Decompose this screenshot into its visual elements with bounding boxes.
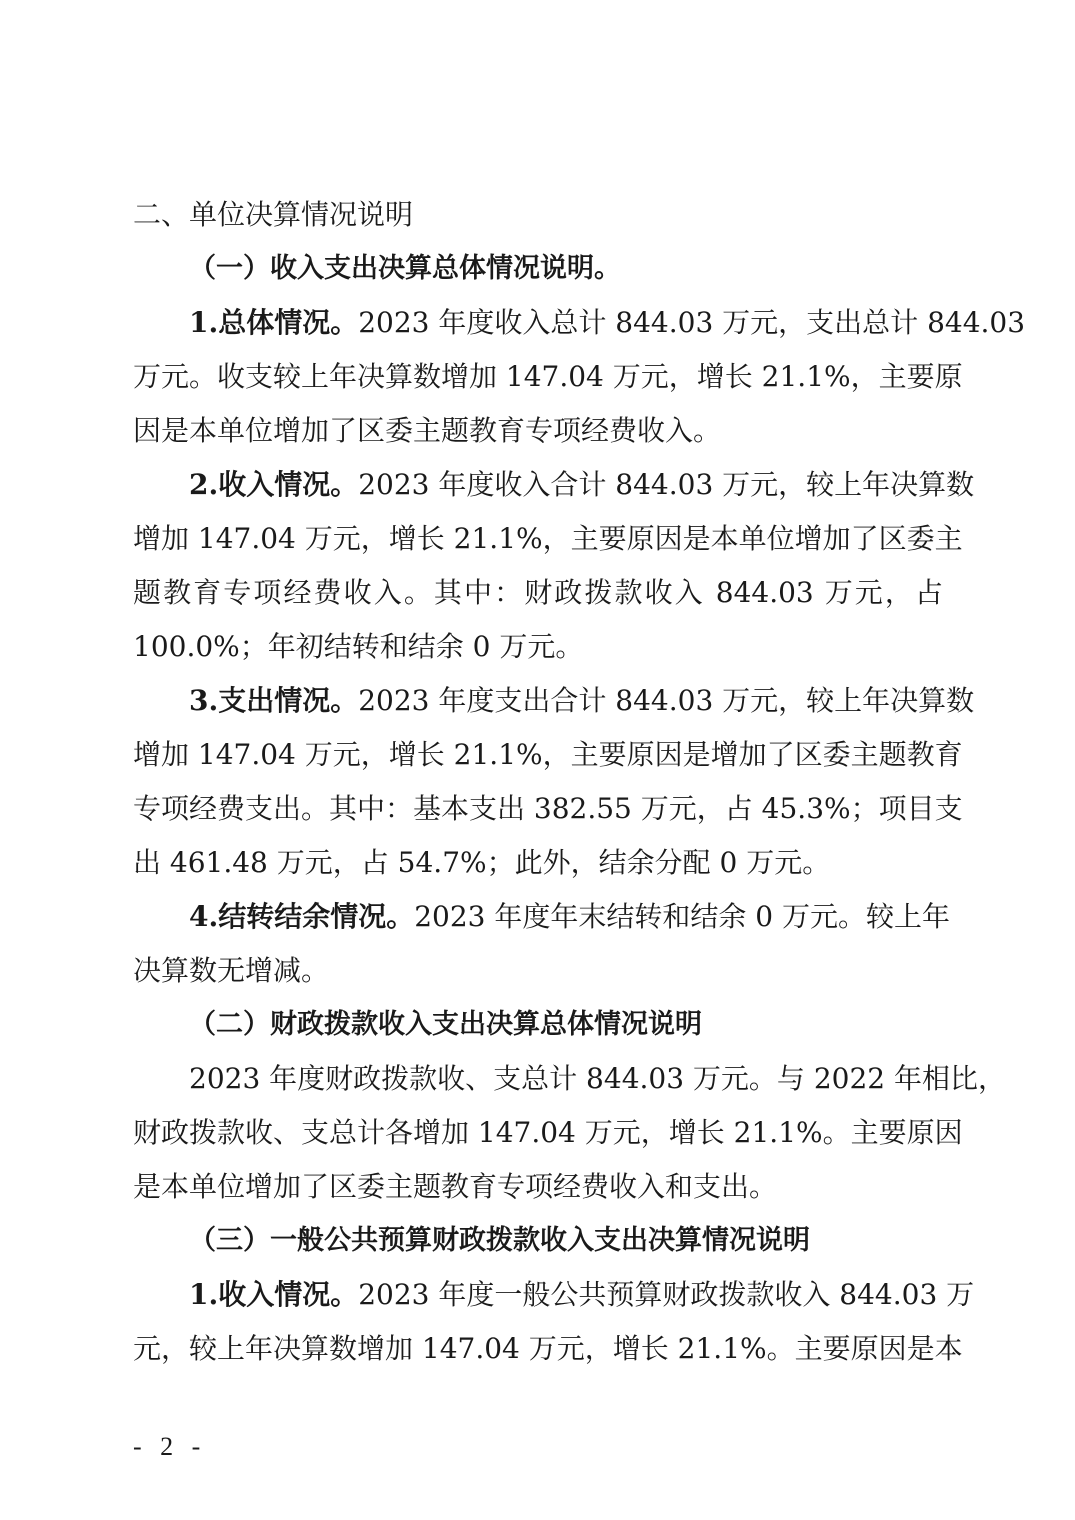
section-title: 二、单位决算情况说明 <box>133 188 943 242</box>
paragraph-text: 2023 年度年末结转和结余 0 万元。较上年 <box>414 900 950 933</box>
paragraph-expense-line: 3.支出情况。2023 年度支出合计 844.03 万元，较上年决算数 <box>133 674 943 728</box>
paragraph-lead: 3.支出情况。 <box>189 684 358 717</box>
page-number: - 2 - <box>133 1432 206 1462</box>
paragraph-income-line: 2.收入情况。2023 年度收入合计 844.03 万元，较上年决算数 <box>133 458 943 512</box>
paragraph-line: 元，较上年决算数增加 147.04 万元，增长 21.1%。主要原因是本 <box>133 1322 943 1376</box>
paragraph-overall-line: 1.总体情况。2023 年度收入总计 844.03 万元，支出总计 844.03 <box>133 296 943 350</box>
paragraph-line: 是本单位增加了区委主题教育专项经费收入和支出。 <box>133 1160 943 1214</box>
paragraph-line: 增加 147.04 万元，增长 21.1%，主要原因是增加了区委主题教育 <box>133 728 943 782</box>
paragraph-line: 2023 年度财政拨款收、支总计 844.03 万元。与 2022 年相比， <box>133 1052 943 1106</box>
paragraph-text: 2023 年度收入合计 844.03 万元，较上年决算数 <box>358 468 974 501</box>
paragraph-line: 增加 147.04 万元，增长 21.1%，主要原因是本单位增加了区委主 <box>133 512 943 566</box>
paragraph-line: 财政拨款收、支总计各增加 147.04 万元，增长 21.1%。主要原因 <box>133 1106 943 1160</box>
paragraph-line: 出 461.48 万元，占 54.7%；此外，结余分配 0 万元。 <box>133 836 943 890</box>
paragraph-lead: 1.总体情况。 <box>189 306 358 339</box>
paragraph-line: 决算数无增减。 <box>133 944 943 998</box>
paragraph-line: 因是本单位增加了区委主题教育专项经费收入。 <box>133 404 943 458</box>
paragraph-text: 2023 年度一般公共预算财政拨款收入 844.03 万 <box>358 1278 974 1311</box>
paragraph-gp-income-line: 1.收入情况。2023 年度一般公共预算财政拨款收入 844.03 万 <box>133 1268 943 1322</box>
paragraph-text: 2023 年度支出合计 844.03 万元，较上年决算数 <box>358 684 974 717</box>
subsection-heading-2: （二）财政拨款收入支出决算总体情况说明 <box>133 998 943 1052</box>
paragraph-text: 2023 年度收入总计 844.03 万元，支出总计 844.03 <box>358 306 1025 339</box>
paragraph-carryover-line: 4.结转结余情况。2023 年度年末结转和结余 0 万元。较上年 <box>133 890 943 944</box>
subsection-heading-3: （三）一般公共预算财政拨款收入支出决算情况说明 <box>133 1214 943 1268</box>
paragraph-lead: 4.结转结余情况。 <box>189 900 414 933</box>
subsection-heading-1: （一）收入支出决算总体情况说明。 <box>133 242 943 296</box>
paragraph-line: 专项经费支出。其中：基本支出 382.55 万元，占 45.3%；项目支 <box>133 782 943 836</box>
paragraph-line: 题教育专项经费收入。其中：财政拨款收入 844.03 万元，占 <box>133 566 943 620</box>
paragraph-line: 万元。收支较上年决算数增加 147.04 万元，增长 21.1%，主要原 <box>133 350 943 404</box>
paragraph-lead: 2.收入情况。 <box>189 468 358 501</box>
paragraph-lead: 1.收入情况。 <box>189 1278 358 1311</box>
paragraph-line: 100.0%；年初结转和结余 0 万元。 <box>133 620 943 674</box>
document-page: 二、单位决算情况说明 （一）收入支出决算总体情况说明。 1.总体情况。2023 … <box>133 188 943 1376</box>
